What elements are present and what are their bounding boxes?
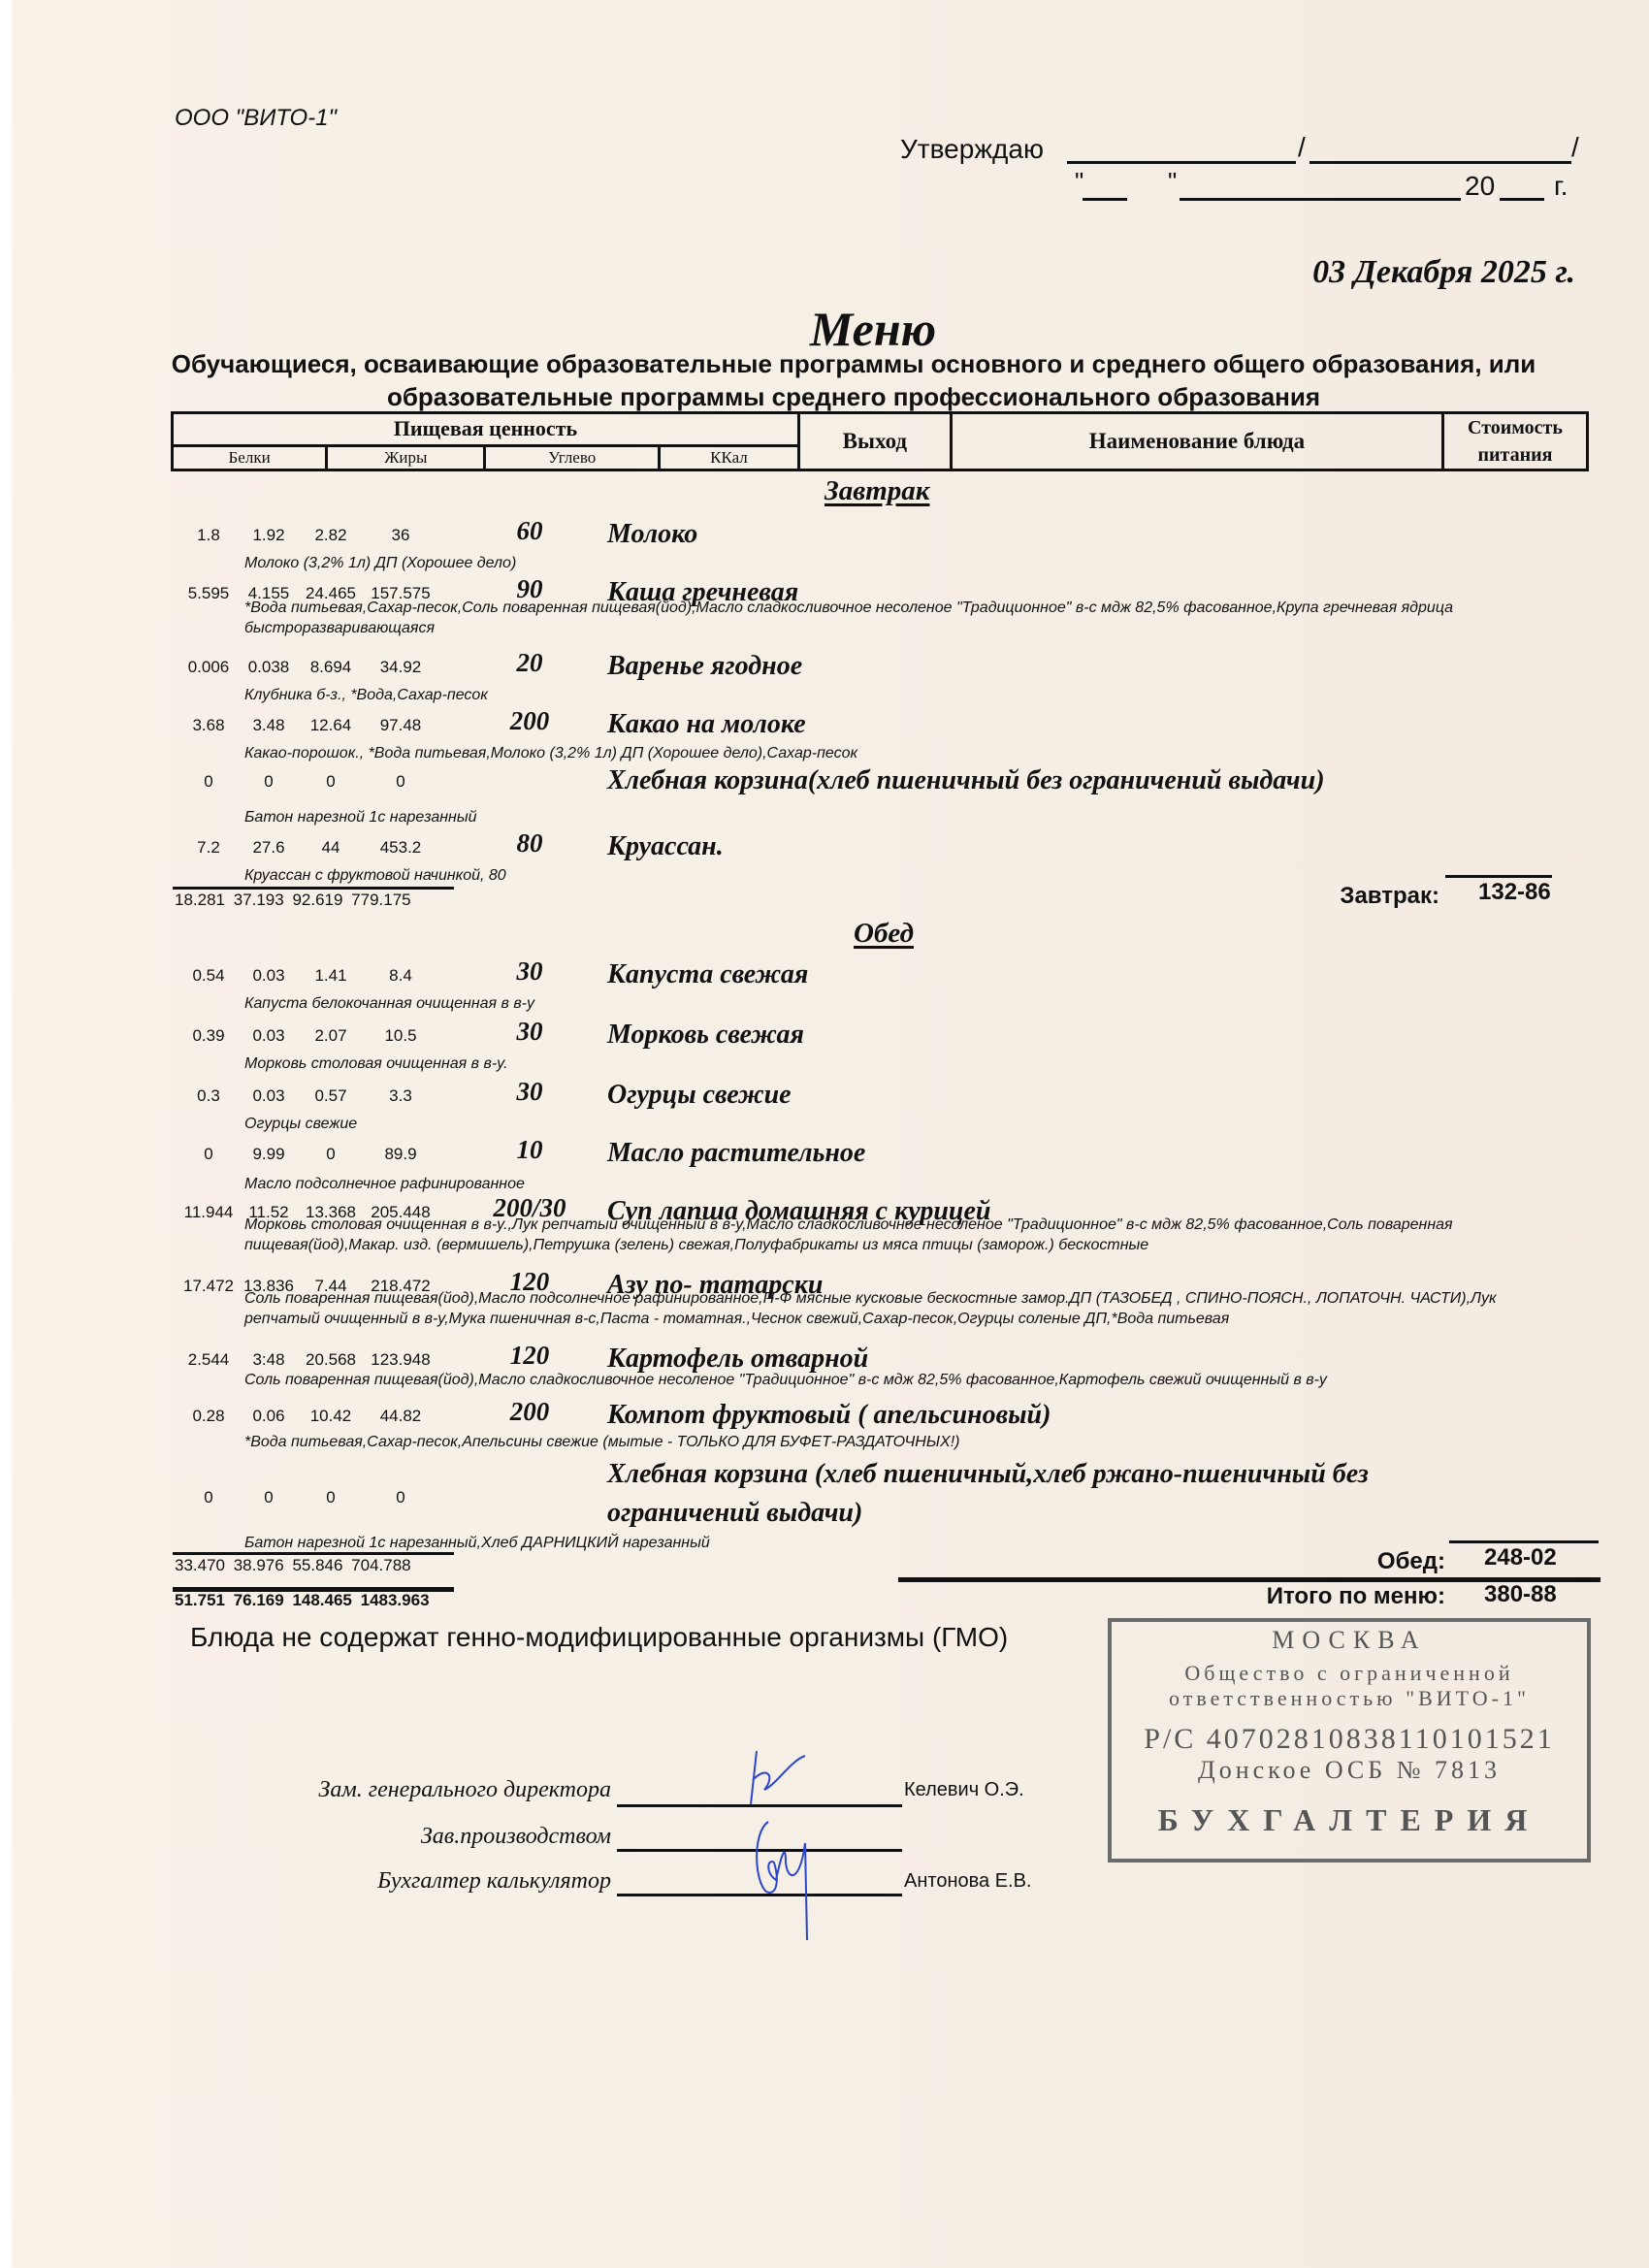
yield-value: 80 xyxy=(462,828,598,859)
fat-value: 0.038 xyxy=(239,658,299,677)
menu-item-row: 0.390.032.0710.530Морковь свежая xyxy=(171,1017,1577,1055)
menu-item-row: 0.30.030.573.330Огурцы свежие xyxy=(171,1077,1577,1116)
signature-name-deputy-director: Келевич О.Э. xyxy=(904,1779,1024,1801)
kcal-value: 123.948 xyxy=(371,1350,431,1370)
dish-name: Масло растительное xyxy=(607,1135,865,1172)
fat-value: 0.06 xyxy=(239,1407,299,1426)
protein-value: 11.944 xyxy=(178,1203,239,1222)
kcal-value: 44.82 xyxy=(371,1407,431,1426)
dish-ingredients: Какао-порошок., *Вода питьевая,Молоко (3… xyxy=(244,743,1573,763)
dish-ingredients: Соль поваренная пищевая(йод),Масло сладк… xyxy=(244,1370,1573,1390)
kcal-header: ККал xyxy=(660,445,799,470)
menu-item-row: 1.81.922.823660Молоко xyxy=(171,516,1577,555)
protein-value: 0.54 xyxy=(178,966,239,986)
breakfast-totals: 18.281 37.193 92.619 779.175 xyxy=(175,891,411,910)
kcal-value: 0 xyxy=(371,1488,431,1507)
protein-value: 1.8 xyxy=(178,526,239,545)
lunch-totals: 33.470 38.976 55.846 704.788 xyxy=(175,1556,411,1575)
protein-value: 0.006 xyxy=(178,658,239,677)
dish-name: Огурцы свежие xyxy=(607,1077,792,1114)
signature-role-accountant: Бухгалтер калькулятор xyxy=(262,1868,611,1895)
date-close-quote: " xyxy=(1168,167,1177,197)
protein-value: 0 xyxy=(178,772,239,792)
lunch-sum-label: Обед: xyxy=(1261,1548,1445,1575)
signature-role-deputy-director: Зам. генерального директора xyxy=(262,1777,611,1803)
kcal-value: 89.9 xyxy=(371,1145,431,1164)
handwritten-signature-icon xyxy=(747,1814,834,1950)
breakfast-sum-value: 132-86 xyxy=(1478,879,1551,906)
carbs-value: 0 xyxy=(301,1145,361,1164)
approve-signature-line xyxy=(1067,161,1296,164)
company-stamp: МОСКВА Общество с ограниченной ответстве… xyxy=(1108,1618,1591,1863)
dish-ingredients: Соль поваренная пищевая(йод),Масло подсо… xyxy=(244,1288,1573,1329)
carbs-value: 8.694 xyxy=(301,658,361,677)
stamp-city: МОСКВА xyxy=(1112,1626,1587,1655)
nutritional-value-header: Пищевая ценность xyxy=(173,413,799,446)
dish-name: Круассан. xyxy=(607,828,724,865)
grand-totals: 51.751 76.169 148.465 1483.963 xyxy=(175,1591,430,1610)
protein-value: 5.595 xyxy=(178,584,239,603)
menu-item-row: 0000Хлебная корзина (хлеб пшеничный,хлеб… xyxy=(171,1455,1577,1494)
fat-value: 3:48 xyxy=(239,1350,299,1370)
menu-item-row: 0.540.031.418.430Капуста свежая xyxy=(171,956,1577,995)
dish-name: Какао на молоке xyxy=(607,706,806,743)
slash-separator: / xyxy=(1298,132,1306,163)
document-date: 03 Декабря 2025 г. xyxy=(1312,254,1575,291)
menu-item-row: 09.99089.910Масло растительное xyxy=(171,1135,1577,1174)
day-line xyxy=(1083,198,1127,201)
yield-value: 30 xyxy=(462,1077,598,1107)
dish-ingredients: Молоко (3,2% 1л) ДП (Хорошее дело) xyxy=(244,553,1573,573)
stamp-line1: Общество с ограниченной xyxy=(1112,1661,1587,1686)
lunch-sum-value: 248-02 xyxy=(1484,1544,1557,1571)
protein-value: 0 xyxy=(178,1488,239,1507)
yield-value: 30 xyxy=(462,956,598,987)
yield-value: 10 xyxy=(462,1135,598,1165)
section-lunch-title: Обед xyxy=(854,918,914,950)
protein-value: 3.68 xyxy=(178,716,239,735)
dish-name-header: Наименование блюда xyxy=(951,413,1442,470)
yield-value: 200 xyxy=(462,706,598,736)
dish-name: Компот фруктовый ( апельсиновый) xyxy=(607,1397,1051,1434)
month-line xyxy=(1180,198,1461,201)
menu-item-row: 0.0060.0388.69434.9220Варенье ягодное xyxy=(171,648,1577,687)
kcal-value: 36 xyxy=(371,526,431,545)
signature-role-production-head: Зав.производством xyxy=(262,1824,611,1850)
protein-header: Белки xyxy=(173,445,327,470)
carbs-value: 12.64 xyxy=(301,716,361,735)
protein-value: 0 xyxy=(178,1145,239,1164)
dish-ingredients: Огурцы свежие xyxy=(244,1114,1573,1134)
protein-value: 7.2 xyxy=(178,838,239,858)
dish-ingredients: Масло подсолнечное рафинированное xyxy=(244,1174,1573,1194)
fat-value: 0.03 xyxy=(239,1086,299,1106)
fat-value: 0.03 xyxy=(239,1026,299,1046)
yield-value: 120 xyxy=(462,1341,598,1371)
fat-value: 3.48 xyxy=(239,716,299,735)
dish-name: Варенье ягодное xyxy=(607,648,802,685)
breakfast-sum-rule xyxy=(1445,875,1552,878)
lunch-totals-rule xyxy=(173,1552,454,1555)
kcal-value: 3.3 xyxy=(371,1086,431,1106)
dish-name: Хлебная корзина(хлеб пшеничный без огран… xyxy=(607,762,1325,799)
kcal-value: 8.4 xyxy=(371,966,431,986)
year-suffix: г. xyxy=(1554,171,1568,202)
menu-item-row: 3.683.4812.6497.48200Какао на молоке xyxy=(171,706,1577,745)
fat-value: 1.92 xyxy=(239,526,299,545)
fat-value: 0 xyxy=(239,772,299,792)
fat-value: 27.6 xyxy=(239,838,299,858)
dish-ingredients: *Вода питьевая,Сахар-песок,Апельсины све… xyxy=(244,1432,1573,1452)
dish-ingredients: Морковь столовая очищенная в в-у.,Лук ре… xyxy=(244,1215,1573,1255)
grand-sum-label: Итого по меню: xyxy=(1164,1583,1445,1610)
dish-ingredients: Клубника б-з., *Вода,Сахар-песок xyxy=(244,685,1573,705)
cost-header: Стоимость питания xyxy=(1443,413,1588,470)
protein-value: 0.3 xyxy=(178,1086,239,1106)
grand-sum-value: 380-88 xyxy=(1484,1581,1557,1608)
menu-item-row: 7.227.644453.280Круассан. xyxy=(171,828,1577,867)
fat-value: 0 xyxy=(239,1488,299,1507)
fat-value: 0.03 xyxy=(239,966,299,986)
year-line xyxy=(1500,198,1544,201)
carbs-value: 10.42 xyxy=(301,1407,361,1426)
menu-item-row: 0.280.0610.4244.82200Компот фруктовый ( … xyxy=(171,1397,1577,1436)
kcal-value: 0 xyxy=(371,772,431,792)
organization-name: ООО "ВИТО-1" xyxy=(175,105,337,132)
carbs-value: 1.41 xyxy=(301,966,361,986)
dish-ingredients: *Вода питьевая,Сахар-песок,Соль поваренн… xyxy=(244,598,1573,638)
date-open-quote: " xyxy=(1075,167,1083,197)
dish-name: Молоко xyxy=(607,516,697,553)
carbs-value: 2.82 xyxy=(301,526,361,545)
carbs-value: 20.568 xyxy=(301,1350,361,1370)
yield-value: 60 xyxy=(462,516,598,546)
kcal-value: 10.5 xyxy=(371,1026,431,1046)
breakfast-totals-rule xyxy=(173,887,454,890)
dish-name: Хлебная корзина (хлеб пшеничный,хлеб ржа… xyxy=(607,1455,1441,1533)
carbs-value: 0.57 xyxy=(301,1086,361,1106)
lunch-sum-rule xyxy=(1449,1540,1599,1543)
signature-name-accountant: Антонова Е.В. xyxy=(904,1870,1031,1893)
stamp-account: Р/С 40702810838110101521 xyxy=(1112,1723,1587,1756)
menu-item-row: 0000Хлебная корзина(хлеб пшеничный без о… xyxy=(171,762,1577,801)
page-subtitle: Обучающиеся, осваивающие образовательные… xyxy=(155,347,1552,413)
approve-label: Утверждаю xyxy=(900,134,1044,165)
dish-ingredients: Капуста белокочанная очищенная в в-у xyxy=(244,993,1573,1014)
dish-ingredients: Морковь столовая очищенная в в-у. xyxy=(244,1053,1573,1074)
kcal-value: 34.92 xyxy=(371,658,431,677)
carbs-value: 2.07 xyxy=(301,1026,361,1046)
fat-header: Жиры xyxy=(327,445,485,470)
stamp-line2: ответственностью "ВИТО-1" xyxy=(1112,1686,1587,1711)
yield-value: 20 xyxy=(462,648,598,678)
carbs-value: 44 xyxy=(301,838,361,858)
kcal-value: 453.2 xyxy=(371,838,431,858)
protein-value: 0.39 xyxy=(178,1026,239,1046)
dish-name: Морковь свежая xyxy=(607,1017,804,1053)
slash-separator: / xyxy=(1571,132,1579,163)
dish-name: Капуста свежая xyxy=(607,956,808,993)
protein-value: 0.28 xyxy=(178,1407,239,1426)
yield-value: 30 xyxy=(462,1017,598,1047)
menu-table-header: Пищевая ценность Выход Наименование блюд… xyxy=(171,411,1589,471)
kcal-value: 97.48 xyxy=(371,716,431,735)
carbs-header: Углево xyxy=(485,445,660,470)
year-prefix: 20 xyxy=(1465,171,1495,202)
fat-value: 9.99 xyxy=(239,1145,299,1164)
yield-value: 200 xyxy=(462,1397,598,1427)
dish-ingredients: Батон нарезной 1с нарезанный xyxy=(244,807,1573,827)
protein-value: 17.472 xyxy=(178,1277,239,1296)
gmo-note: Блюда не содержат генно-модифицированные… xyxy=(190,1622,1008,1653)
protein-value: 2.544 xyxy=(178,1350,239,1370)
stamp-bank: Донское ОСБ № 7813 xyxy=(1112,1756,1587,1785)
yield-header: Выход xyxy=(798,413,951,470)
breakfast-sum-label: Завтрак: xyxy=(1280,883,1439,910)
stamp-department: БУХГАЛТЕРИЯ xyxy=(1112,1802,1587,1838)
approve-name-line xyxy=(1309,161,1571,164)
section-breakfast-title: Завтрак xyxy=(824,475,929,507)
carbs-value: 0 xyxy=(301,1488,361,1507)
carbs-value: 0 xyxy=(301,772,361,792)
handwritten-signature-icon xyxy=(737,1746,834,1814)
